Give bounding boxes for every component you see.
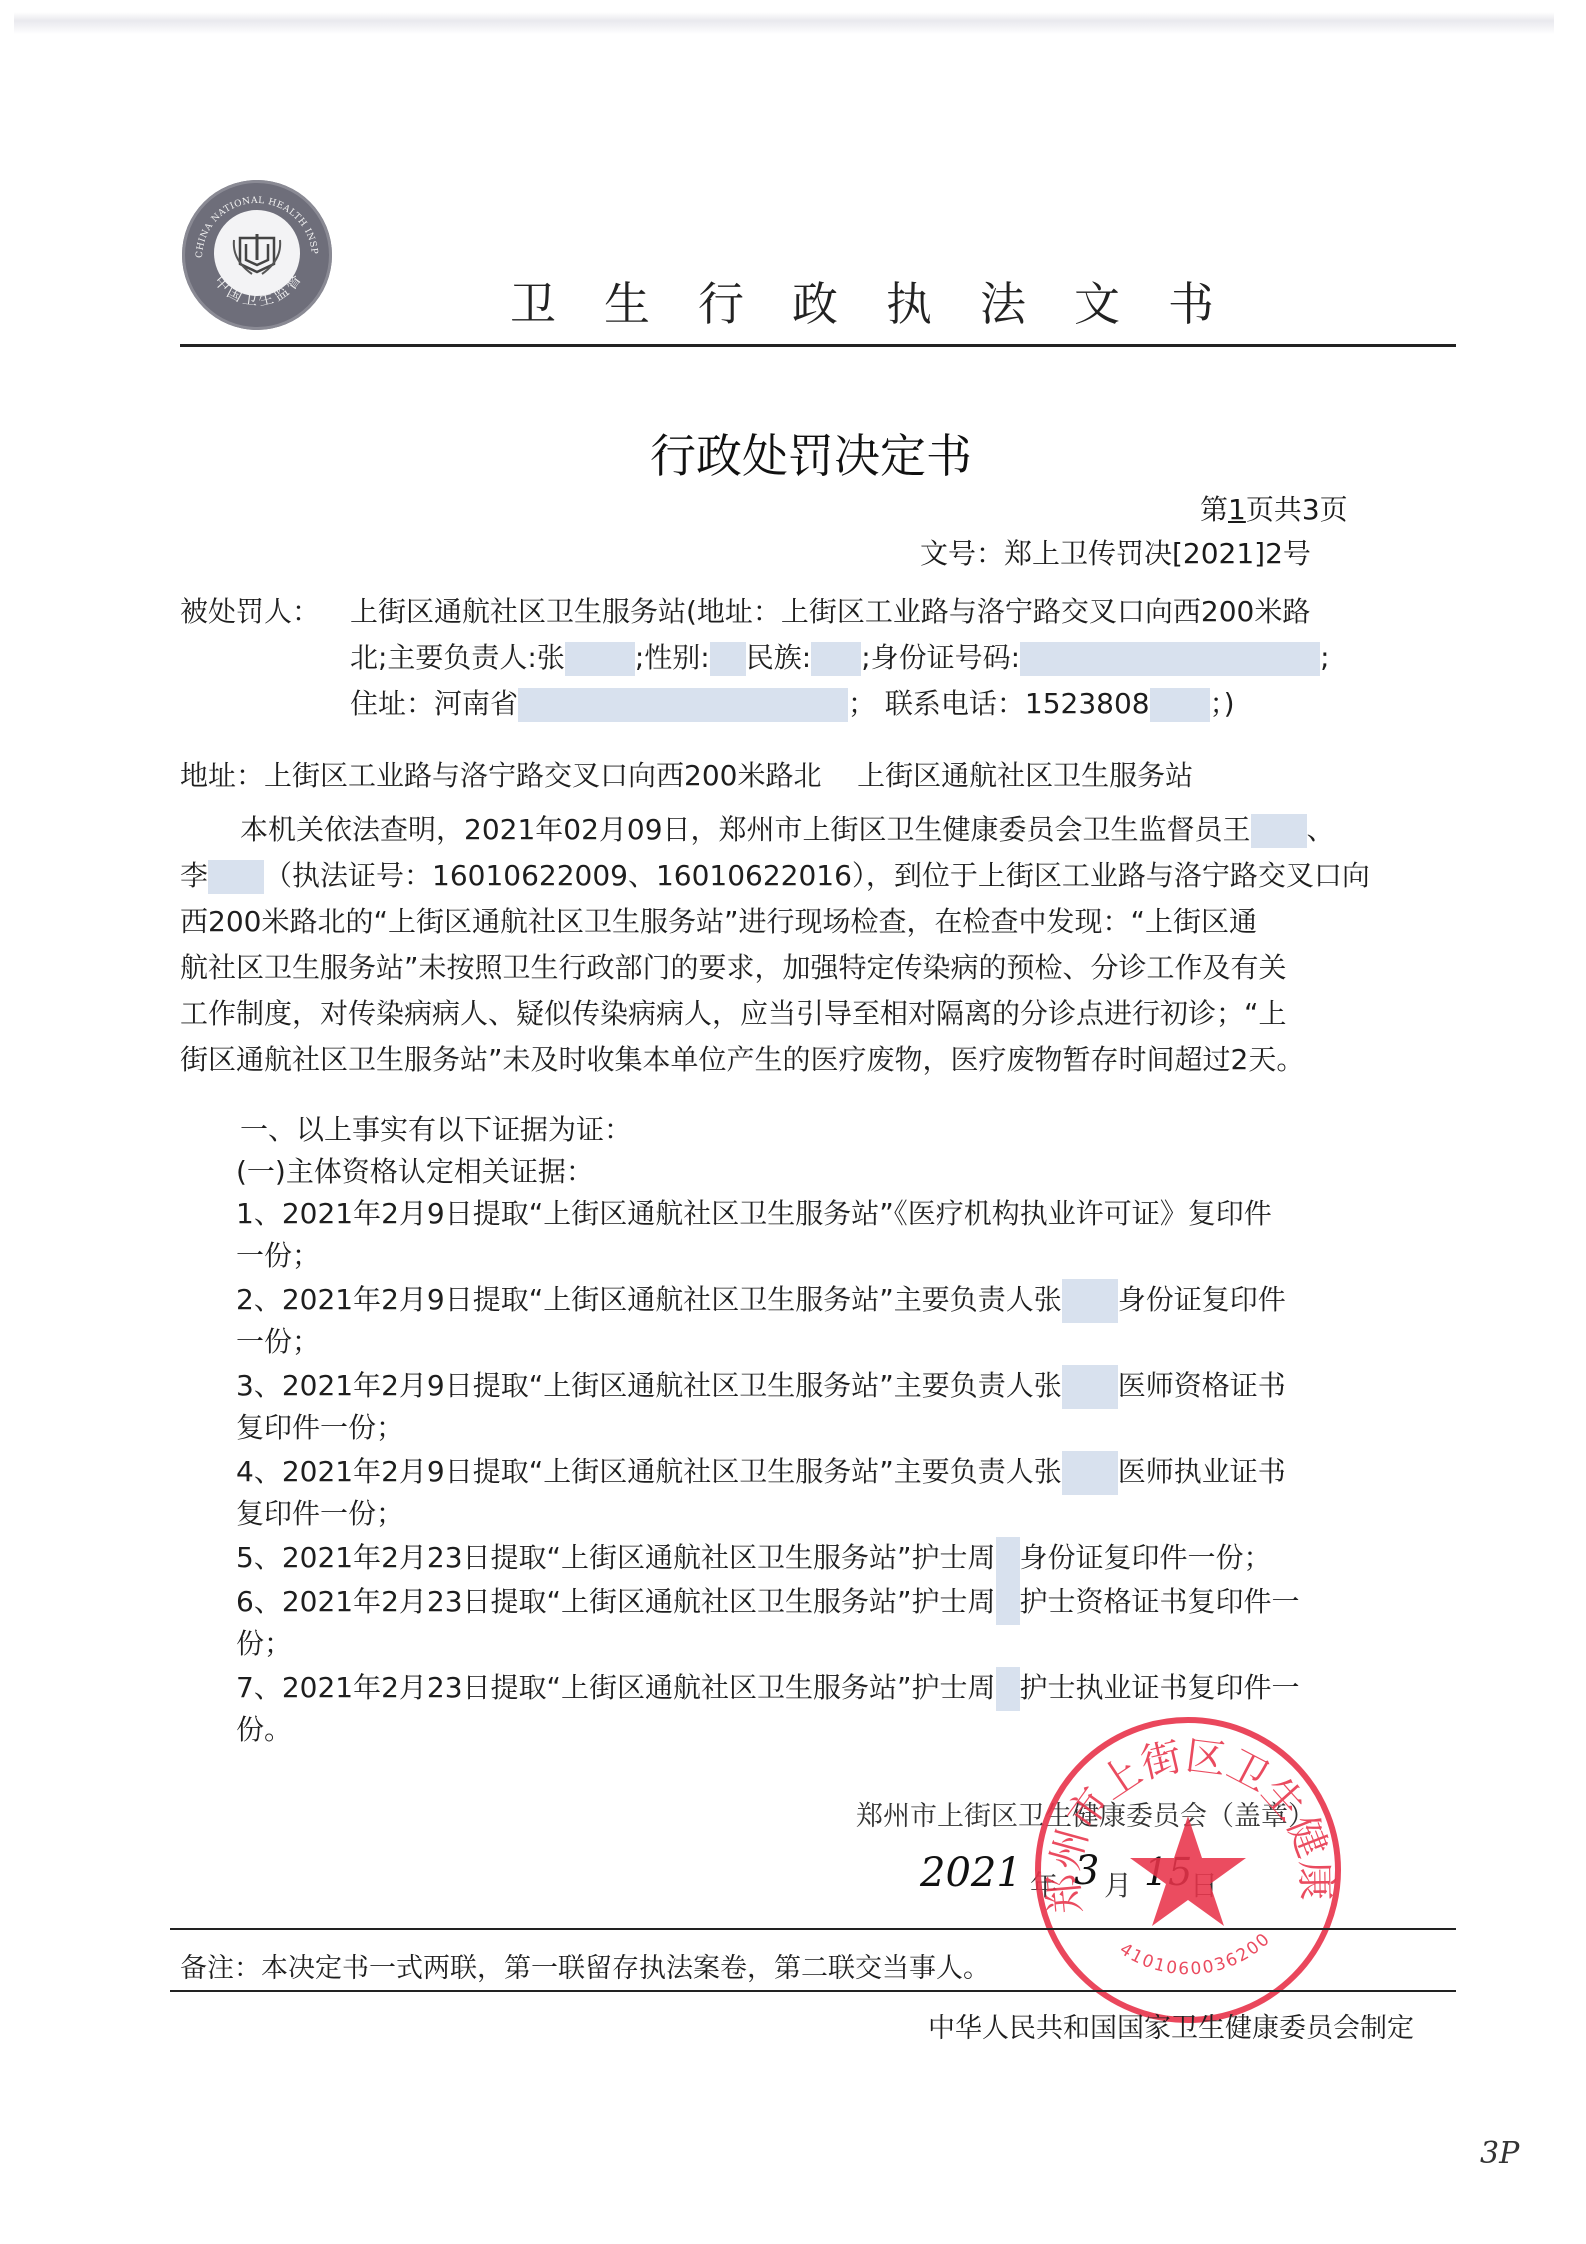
redacted-id-number — [1020, 642, 1320, 676]
party-line-1: 上街区通航社区卫生服务站(地址：上街区工业路与洛宁路交叉口向西200米路 — [350, 590, 1310, 630]
document-number: 文号：郑上卫传罚决[2021]2号 — [920, 532, 1311, 572]
redacted-inspector-1 — [1251, 814, 1307, 848]
header-divider — [180, 344, 1456, 347]
facts-line-3: 西200米路北的“上街区通航社区卫生服务站”进行现场检查，在检查中发现：“上街区… — [180, 900, 1257, 940]
facts-line-6: 街区通航社区卫生服务站”未及时收集本单位产生的医疗废物，医疗废物暂存时间超过2天… — [180, 1038, 1304, 1078]
evidence-item-1-cont: 一份； — [236, 1234, 320, 1274]
evidence-item-7: 7、2021年2月23日提取“上街区通航社区卫生服务站”护士周护士执业证书复印件… — [236, 1666, 1300, 1711]
redacted-address — [518, 688, 848, 722]
redacted-name — [1062, 1279, 1118, 1323]
facts-line-5: 工作制度，对传染病病人、疑似传染病病人，应当引导至相对隔离的分诊点进行初诊；“上 — [180, 992, 1287, 1032]
shield-emblem-icon — [232, 230, 282, 276]
redacted-phone — [1150, 688, 1210, 722]
evidence-heading: 一、以上事实有以下证据为证： — [240, 1108, 632, 1148]
redacted-name — [996, 1581, 1020, 1625]
scan-edge-shadow — [14, 12, 1554, 34]
address-line: 地址：上街区工业路与洛宁路交叉口向西200米路北 上街区通航社区卫生服务站 — [180, 754, 1193, 794]
evidence-item-5: 5、2021年2月23日提取“上街区通航社区卫生服务站”护士周身份证复印件一份； — [236, 1536, 1272, 1581]
facts-line-1: 本机关依法查明，2021年02月09日，郑州市上街区卫生健康委员会卫生监督员王、 — [240, 808, 1335, 848]
evidence-item-4-cont: 复印件一份； — [236, 1492, 404, 1532]
handwritten-page-mark: 3P — [1480, 2136, 1519, 2171]
redacted-inspector-2 — [208, 860, 264, 894]
evidence-item-3: 3、2021年2月9日提取“上街区通航社区卫生服务站”主要负责人张医师资格证书 — [236, 1364, 1286, 1409]
current-page: 1 — [1228, 493, 1246, 526]
evidence-item-4: 4、2021年2月9日提取“上街区通航社区卫生服务站”主要负责人张医师执业证书 — [236, 1450, 1286, 1495]
svg-text:4101060036200: 4101060036200 — [1116, 1929, 1275, 1980]
evidence-item-7-cont: 份。 — [236, 1708, 292, 1748]
party-line-3: 住址：河南省； 联系电话：1523808；) — [350, 682, 1235, 722]
national-health-inspection-emblem-icon: CHINA NATIONAL HEALTH INSPECTION 中国卫生监督 — [182, 180, 332, 330]
facts-line-2: 李（执法证号：16010622009、16010622016），到位于上街区工业… — [180, 854, 1370, 894]
redacted-name — [996, 1537, 1020, 1581]
facts-line-4: 航社区卫生服务站”未按照卫生行政部门的要求，加强特定传染病的预检、分诊工作及有关 — [180, 946, 1287, 986]
redacted-name — [996, 1667, 1020, 1711]
evidence-item-6-cont: 份； — [236, 1622, 292, 1662]
redacted-name — [565, 642, 635, 676]
redacted-ethnicity — [811, 642, 861, 676]
evidence-item-2: 2、2021年2月9日提取“上街区通航社区卫生服务站”主要负责人张身份证复印件 — [236, 1278, 1286, 1323]
evidence-item-2-cont: 一份； — [236, 1320, 320, 1360]
redacted-name — [1062, 1451, 1118, 1495]
evidence-subheading: (一)主体资格认定相关证据： — [236, 1150, 594, 1190]
evidence-item-3-cont: 复印件一份； — [236, 1406, 404, 1446]
footer-divider-top — [170, 1928, 1456, 1930]
footer-divider-bottom — [170, 1990, 1456, 1992]
party-line-2: 北;主要负责人:张;性别:民族:;身份证号码:; — [350, 636, 1330, 676]
redacted-gender — [710, 642, 746, 676]
evidence-item-1: 1、2021年2月9日提取“上街区通航社区卫生服务站”《医疗机构执业许可证》复印… — [236, 1192, 1272, 1232]
evidence-item-6: 6、2021年2月23日提取“上街区通航社区卫生服务站”护士周护士资格证书复印件… — [236, 1580, 1300, 1625]
official-seal-icon: 郑州市上街区卫生健康委员会 4101060036200 — [1030, 1712, 1346, 2028]
series-title: 卫生行政执法文书 — [510, 268, 1262, 334]
page-indicator: 第1页共3页 — [1200, 488, 1348, 528]
party-label: 被处罚人： — [180, 590, 320, 630]
form-maker: 中华人民共和国国家卫生健康委员会制定 — [928, 2006, 1414, 2045]
document-title: 行政处罚决定书 — [650, 420, 972, 486]
redacted-name — [1062, 1365, 1118, 1409]
remark-note: 备注：本决定书一式两联，第一联留存执法案卷，第二联交当事人。 — [180, 1946, 990, 1985]
